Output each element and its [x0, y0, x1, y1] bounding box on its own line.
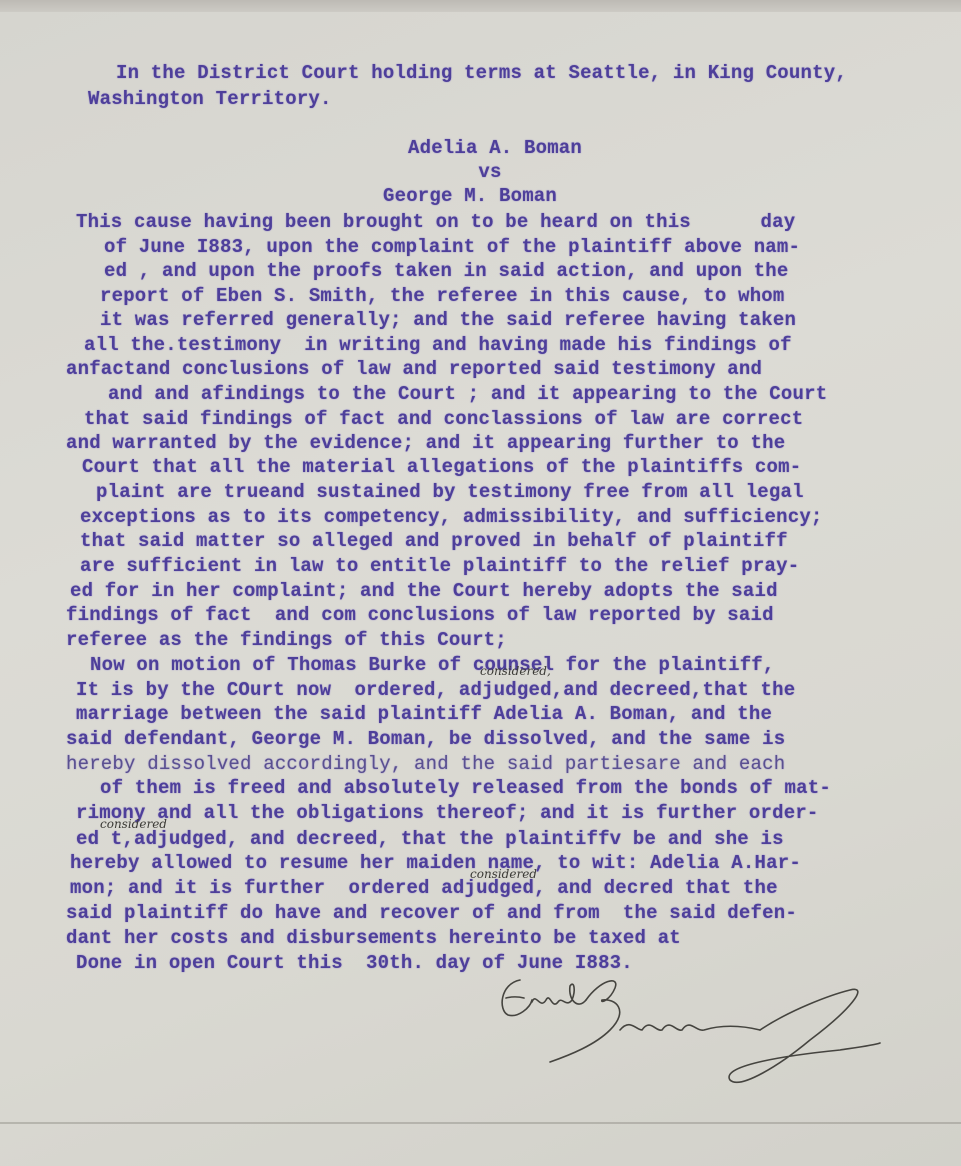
body-line: Court that all the material allegations …	[82, 456, 801, 478]
body-line: plaint are trueand sustained by testimon…	[96, 481, 804, 503]
body-line: anfactand conclusions of law and reporte…	[66, 358, 762, 380]
body-line: It is by the COurt now ordered, adjudged…	[76, 679, 795, 701]
body-line: findings of fact and com conclusions of …	[66, 604, 774, 626]
body-line: dant her costs and disbursements hereint…	[66, 927, 681, 949]
handwritten-insertion: considered	[470, 867, 537, 881]
handwritten-insertion: considered	[100, 817, 167, 831]
body-line: referee as the findings of this Court;	[66, 629, 507, 651]
body-line: and warranted by the evidence; and it ap…	[66, 432, 785, 454]
body-line: said defendant, George M. Boman, be diss…	[66, 728, 785, 750]
body-line: are sufficient in law to entitle plainti…	[80, 555, 799, 577]
body-line: of June I883, upon the complaint of the …	[104, 236, 800, 258]
body-line: marriage between the said plaintiff Adel…	[76, 703, 772, 725]
body-line: hereby allowed to resume her maiden name…	[70, 852, 801, 874]
body-line: This cause having been brought on to be …	[76, 211, 795, 233]
versus-label: vs	[0, 161, 961, 183]
court-heading-line-2: Washington Territory.	[88, 88, 332, 110]
signature-icon	[490, 970, 900, 1100]
handwritten-insertion: considered,	[480, 664, 551, 678]
body-line: and and afindings to the Court ; and it …	[108, 383, 827, 405]
body-line: all the.testimony in writing and having …	[84, 334, 792, 356]
body-line: Now on motion of Thomas Burke of counsel…	[90, 654, 775, 676]
body-line: it was referred generally; and the said …	[100, 309, 796, 331]
plaintiff-name: Adelia A. Boman	[0, 137, 961, 159]
defendant-name: George M. Boman	[0, 185, 940, 207]
body-line: that said matter so alleged and proved i…	[80, 530, 788, 552]
body-line: of them is freed and absolutely released…	[100, 777, 831, 799]
body-line: ed t,adjudged, and decreed, that the pla…	[76, 828, 784, 850]
body-line: exceptions as to its competency, admissi…	[80, 506, 823, 528]
court-heading-line-1: In the District Court holding terms at S…	[116, 62, 847, 84]
body-line: ed , and upon the proofs taken in said a…	[104, 260, 789, 282]
body-line: rimony and all the obligations thereof; …	[76, 802, 819, 824]
paper-fold-line	[0, 1122, 961, 1124]
body-line: said plaintiff do have and recover of an…	[66, 902, 797, 924]
body-line: report of Eben S. Smith, the referee in …	[100, 285, 785, 307]
body-line: mon; and it is further ordered adjudged,…	[70, 877, 778, 899]
body-line: ed for in her complaint; and the Court h…	[70, 580, 778, 602]
body-line: hereby dissolved accordingly, and the sa…	[66, 753, 785, 775]
body-line: that said findings of fact and conclassi…	[84, 408, 803, 430]
